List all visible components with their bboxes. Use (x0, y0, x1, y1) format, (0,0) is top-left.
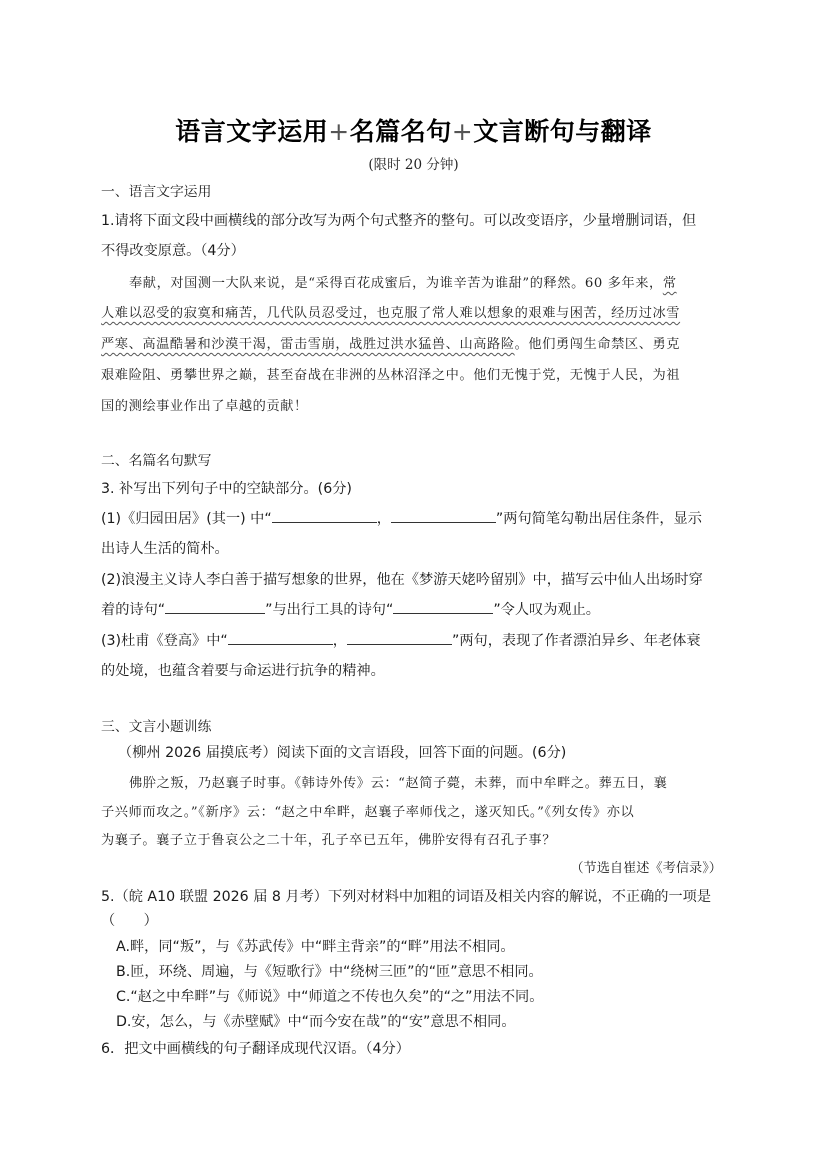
q3-item2-line2: 着的诗句“”与出行工具的诗句“”令人叹为观止。 (101, 599, 600, 619)
q1-prompt-line1: 1.请将下面文段中画横线的部分改写为两个句式整齐的整句。可以改变语序，少量增删词… (101, 210, 696, 230)
passage-source: （节选自崔述《考信录》） (570, 857, 722, 876)
page-title: 语言文字运用+名篇名句+文言断句与翻译 (0, 112, 827, 148)
q3-item2-line1: (2)浪漫主义诗人李白善于描写想象的世界，他在《梦游天姥吟留别》中，描写云中仙人… (101, 569, 703, 589)
underlined-text: 人难以忍受的寂寞和痛苦，几代队员忍受过，也克服了常人难以想象的艰难与困苦，经历过… (101, 306, 680, 321)
title-part-1: 语言文字运用 (175, 117, 328, 146)
section-heading-2: 二、名篇名句默写 (101, 449, 211, 469)
passage1-text: 。他们勇闯生命禁区、勇克 (515, 337, 680, 352)
exam-page: 语言文字运用+名篇名句+文言断句与翻译 (限时 20 分钟) 一、语言文字运用 … (0, 0, 827, 1169)
passage1-line5: 国的测绘事业作出了卓越的贡献！ (101, 395, 308, 414)
passage2-line2: 子兴师而攻之。”《新序》云：“赵之中牟畔，赵襄子率师伐之，遂灭知氏。”《列女传》… (101, 801, 634, 820)
answer-blank[interactable] (347, 630, 452, 645)
q3-item2-text: ”与出行工具的诗句“ (265, 602, 393, 618)
separator: ， (333, 633, 347, 649)
underlined-text: 严寒、高温酷暑和沙漠干渴，雷击雪崩，战胜过洪水猛兽、山高路险 (101, 337, 515, 352)
answer-blank[interactable] (393, 599, 493, 614)
q3-item3-text: ”两句，表现了作者漂泊异乡、年老体衰 (452, 633, 701, 649)
passage1-line1: 奉献，对国测一大队来说，是“采得百花成蜜后，为谁辛苦为谁甜”的释然。60 多年来… (129, 272, 677, 291)
time-limit: (限时 20 分钟) (0, 153, 827, 173)
q3-item1-text: ”两句简笔勾勒出居住条件，显示 (496, 511, 702, 527)
q5-option-b[interactable]: B.匝，环绕、周遍，与《短歌行》中“绕树三匝”的“匝”意思不相同。 (116, 961, 543, 981)
section-heading-1: 一、语言文字运用 (101, 180, 211, 200)
q6-prompt: 6．把文中画横线的句子翻译成现代汉语。（4分） (101, 1038, 410, 1058)
passage1-line4: 艰难险阻、勇攀世界之巅，甚至奋战在非洲的丛林沼泽之中。他们无愧于党，无愧于人民，… (101, 364, 680, 383)
passage2-line3: 为襄子。襄子立于鲁哀公之二十年，孔子卒已五年，佛肸安得有召孔子事？ (101, 829, 556, 848)
q5-option-c[interactable]: C.“赵之中牟畔”与《师说》中“师道之不传也久矣”的“之”用法不同。 (116, 986, 543, 1006)
q3-item2-text: 着的诗句“ (101, 602, 165, 618)
q3-item3-line2: 的处境，也蕴含着要与命运进行抗争的精神。 (101, 660, 385, 680)
passage1-line2: 人难以忍受的寂寞和痛苦，几代队员忍受过，也克服了常人难以想象的艰难与困苦，经历过… (101, 302, 680, 321)
q3-item3-text: (3)杜甫《登高》中“ (101, 633, 228, 649)
q5-option-a[interactable]: A.畔，同“叛”，与《苏武传》中“畔主背亲”的“畔”用法不相同。 (116, 936, 515, 956)
title-part-2: 名篇名句 (350, 117, 452, 146)
answer-blank[interactable] (391, 508, 496, 523)
section3-intro: （柳州 2026 届摸底考）阅读下面的文言语段，回答下面的问题。(6分) (118, 742, 566, 762)
title-plus-1: + (328, 117, 349, 146)
q3-item1-line2: 出诗人生活的简朴。 (101, 538, 229, 558)
q3-item1-line1: (1)《归园田居》(其一) 中“，”两句简笔勾勒出居住条件，显示 (101, 508, 702, 528)
q3-item1-text: (1)《归园田居》(其一) 中“ (101, 511, 272, 527)
passage1-text: 奉献，对国测一大队来说，是“采得百花成蜜后，为谁辛苦为谁甜”的释然。60 多年来… (129, 276, 663, 291)
underlined-text: 常 (663, 276, 677, 291)
answer-blank[interactable] (272, 508, 377, 523)
q1-prompt-line2: 不得改变原意。（4分） (101, 240, 245, 260)
section-heading-3: 三、文言小题训练 (101, 715, 211, 735)
passage1-line3: 严寒、高温酷暑和沙漠干渴，雷击雪崩，战胜过洪水猛兽、山高路险。他们勇闯生命禁区、… (101, 333, 680, 352)
answer-blank[interactable] (228, 630, 333, 645)
q3-prompt: 3. 补写出下列句子中的空缺部分。(6分) (101, 478, 352, 498)
title-part-3: 文言断句与翻译 (473, 117, 652, 146)
passage2-line1: 佛肸之叛，乃赵襄子时事。《韩诗外传》云：“赵简子薨，未葬，而中牟畔之。葬五日，襄 (129, 772, 667, 791)
q5-prompt-line1: 5.（皖 A10 联盟 2026 届 8 月考）下列对材料中加粗的词语及相关内容… (101, 886, 711, 906)
answer-blank[interactable] (165, 599, 265, 614)
q5-option-d[interactable]: D.安，怎么，与《赤壁赋》中“而今安在哉”的“安”意思不相同。 (116, 1011, 516, 1031)
q3-item2-text: ”令人叹为观止。 (493, 602, 600, 618)
q3-item3-line1: (3)杜甫《登高》中“，”两句，表现了作者漂泊异乡、年老体衰 (101, 630, 701, 650)
q5-answer-bracket[interactable]: （ ） (101, 910, 158, 930)
separator: ， (377, 511, 391, 527)
title-plus-2: + (452, 117, 473, 146)
